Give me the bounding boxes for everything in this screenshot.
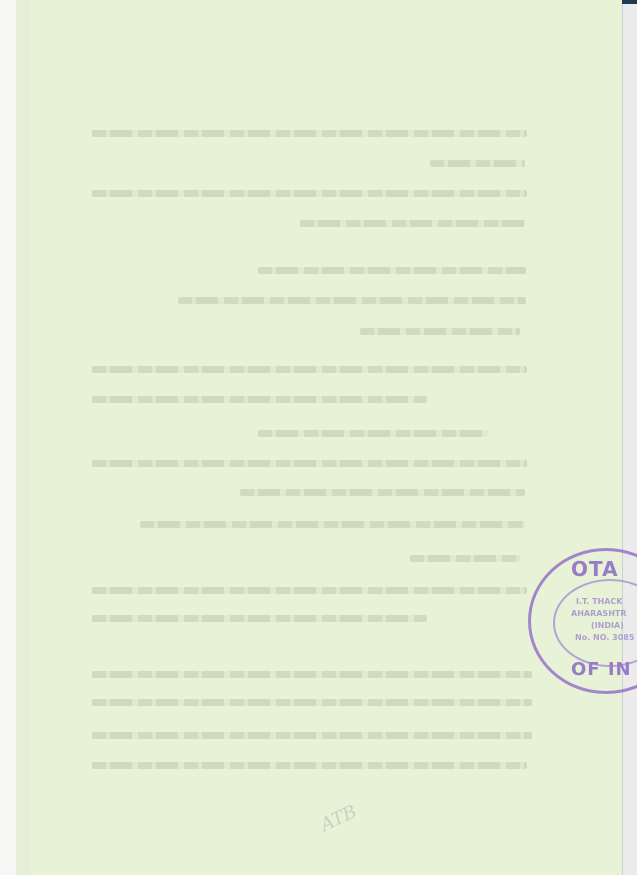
text-line [258, 430, 488, 437]
stamp-line: (INDIA) [591, 621, 624, 630]
page-edge-right [622, 0, 637, 875]
text-line [92, 587, 527, 594]
text-line [92, 699, 532, 706]
text-line [92, 762, 527, 769]
stamp-line: AHARASHTR [571, 609, 627, 618]
page-edge-left [0, 0, 16, 875]
text-line [92, 130, 527, 137]
text-line [430, 160, 525, 167]
text-line [92, 671, 532, 678]
text-line [92, 732, 532, 739]
text-line [140, 521, 525, 528]
text-line [258, 267, 526, 274]
text-line [92, 366, 527, 373]
stamp-line: No. NO. 3085 [575, 633, 634, 642]
text-line [300, 220, 525, 227]
stamp-line: I.T. THACK [576, 597, 623, 606]
text-line [410, 555, 520, 562]
text-line [178, 297, 526, 304]
stamp-bottom-text: OF IN [571, 659, 632, 680]
text-line [92, 190, 527, 197]
text-line [92, 396, 427, 403]
stamp-top-text: OTA [571, 557, 619, 581]
text-line [92, 460, 527, 467]
underlying-page-edge [16, 0, 31, 875]
text-line [240, 489, 525, 496]
text-line [92, 615, 427, 622]
text-line [360, 328, 520, 335]
scanner-edge-mark [622, 0, 637, 4]
